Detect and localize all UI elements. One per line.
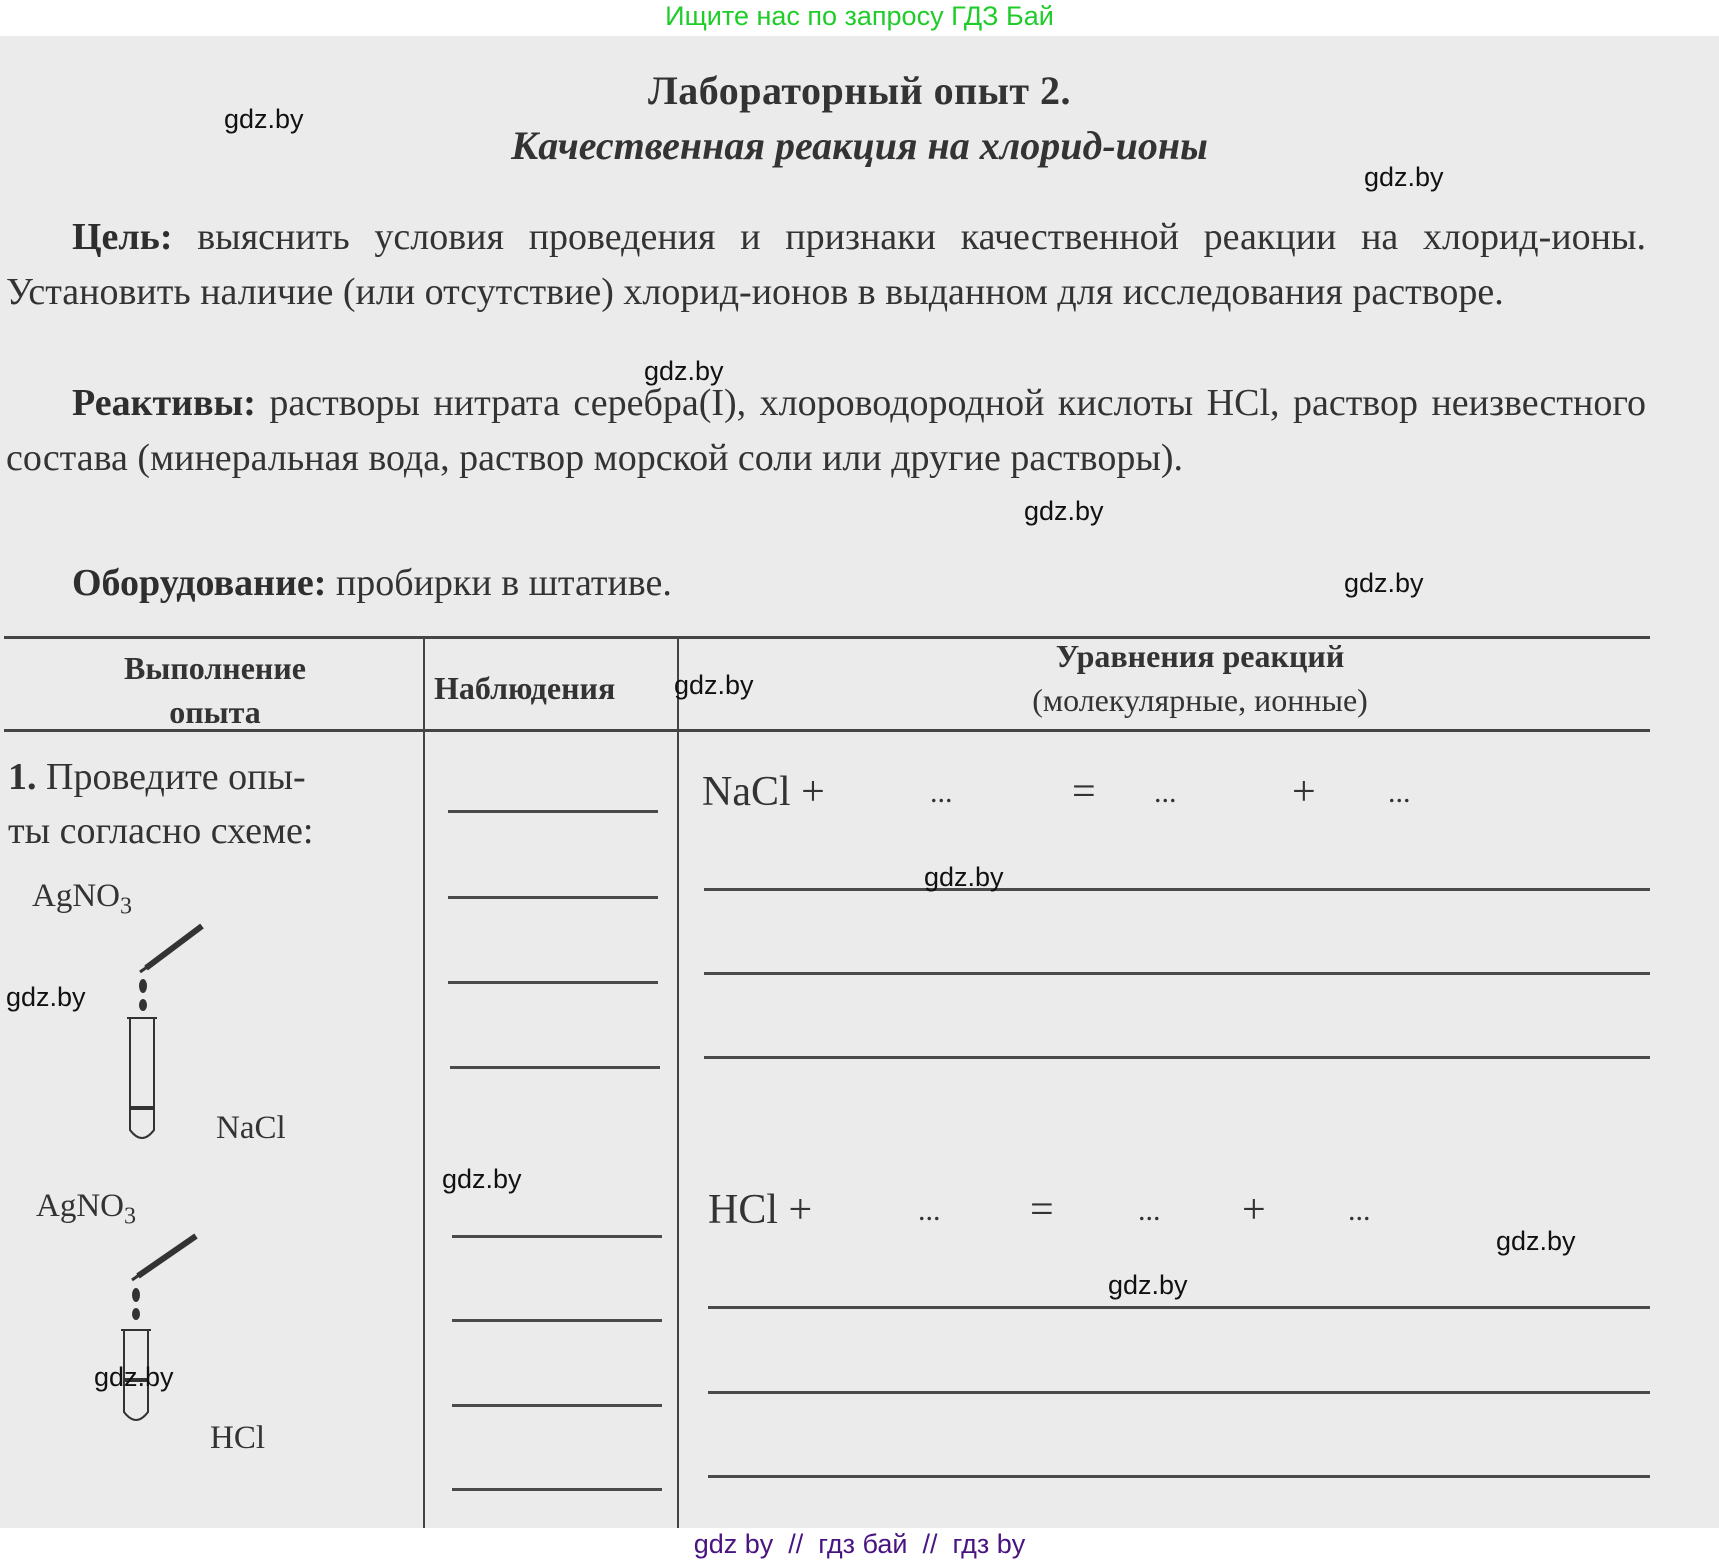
test-tube-dropper-icon <box>112 1232 222 1462</box>
header-procedure-line2: опыта <box>60 690 370 734</box>
watermark: gdz.by <box>224 104 304 134</box>
watermark: gdz.by <box>1108 1270 1188 1300</box>
equation-blank-line[interactable] <box>704 1056 1650 1059</box>
equation-blank-line[interactable] <box>704 888 1650 891</box>
equation-blank-line[interactable] <box>704 972 1650 975</box>
equation-2: HCl + ... = ... + ... <box>708 1186 1608 1236</box>
watermark: gdz.by <box>1364 162 1444 192</box>
exp1-tube-reagent: NaCl <box>216 1110 286 1147</box>
header-procedure-line1: Выполнение <box>60 646 370 690</box>
header-procedure: Выполнение опыта <box>60 646 370 734</box>
equation-1: NaCl + ... = ... + ... <box>702 768 1602 818</box>
observation-blank[interactable] <box>452 1319 662 1322</box>
watermark: gdz.by <box>1344 568 1424 598</box>
watermark: gdz.by <box>674 670 754 700</box>
step-instruction: 1. Проведите опы- ты согласно схеме: <box>8 750 313 858</box>
exp1-dropper-reagent: AgNO3 <box>32 878 132 921</box>
header-equations: Уравнения реакций (молекулярные, ионные) <box>840 634 1560 722</box>
watermark: gdz.by <box>94 1362 174 1392</box>
observation-blank[interactable] <box>450 1066 660 1069</box>
exp2-dropper-reagent: AgNO3 <box>36 1188 136 1231</box>
goal-text: выяснить условия проведения и признаки к… <box>6 216 1646 313</box>
observation-blank[interactable] <box>448 981 658 984</box>
header-equations-title: Уравнения реакций <box>840 634 1560 678</box>
equation-blank-line[interactable] <box>708 1475 1650 1478</box>
equation-plus: + <box>1292 768 1316 816</box>
header-equations-sub: (молекулярные, ионные) <box>840 678 1560 722</box>
goal-paragraph: Цель: выяснить условия проведения и приз… <box>6 210 1646 320</box>
watermark: gdz.by <box>1496 1226 1576 1256</box>
column-divider-1 <box>423 636 425 1528</box>
watermark: gdz.by <box>1024 496 1104 526</box>
test-tube-dropper-icon <box>110 920 220 1150</box>
step-number: 1. <box>8 756 37 798</box>
observation-blank[interactable] <box>448 896 658 899</box>
observation-blank[interactable] <box>452 1404 662 1407</box>
step-text-line2: ты согласно схеме: <box>8 804 313 858</box>
observation-blank[interactable] <box>452 1488 662 1491</box>
watermark: gdz.by <box>6 982 86 1012</box>
equation-blank-line[interactable] <box>708 1306 1650 1309</box>
column-divider-2 <box>677 636 679 1528</box>
step-text-line1: Проведите опы- <box>37 756 306 798</box>
observation-blank[interactable] <box>452 1235 662 1238</box>
equation-blank-line[interactable] <box>708 1391 1650 1394</box>
equipment-label: Оборудование: <box>72 562 326 604</box>
footer-links: gdz by // гдз бай // гдз by <box>0 1528 1719 1562</box>
equation-blank-product1: ... <box>1138 1194 1161 1228</box>
search-banner: Ищите нас по запросу ГДЗ Бай <box>0 0 1719 36</box>
equation-reactant: NaCl + <box>702 768 825 816</box>
equation-plus: + <box>1242 1186 1266 1234</box>
watermark: gdz.by <box>644 356 724 386</box>
watermark: gdz.by <box>442 1164 522 1194</box>
equipment-text: пробирки в штативе. <box>326 562 672 604</box>
equation-reactant: HCl + <box>708 1186 812 1234</box>
goal-label: Цель: <box>72 216 173 258</box>
equation-blank-product1: ... <box>1154 776 1177 810</box>
equation-equals: = <box>1072 768 1096 816</box>
equation-equals: = <box>1030 1186 1054 1234</box>
equation-blank-reactant: ... <box>930 776 953 810</box>
observation-blank[interactable] <box>448 810 658 813</box>
reagents-label: Реактивы: <box>72 382 256 424</box>
equation-blank-product2: ... <box>1348 1194 1371 1228</box>
watermark: gdz.by <box>924 862 1004 892</box>
reagents-paragraph: Реактивы: растворы нитрата серебра(I), х… <box>6 376 1646 486</box>
equation-blank-product2: ... <box>1388 776 1411 810</box>
header-observations: Наблюдения <box>434 666 615 710</box>
equation-blank-reactant: ... <box>918 1194 941 1228</box>
